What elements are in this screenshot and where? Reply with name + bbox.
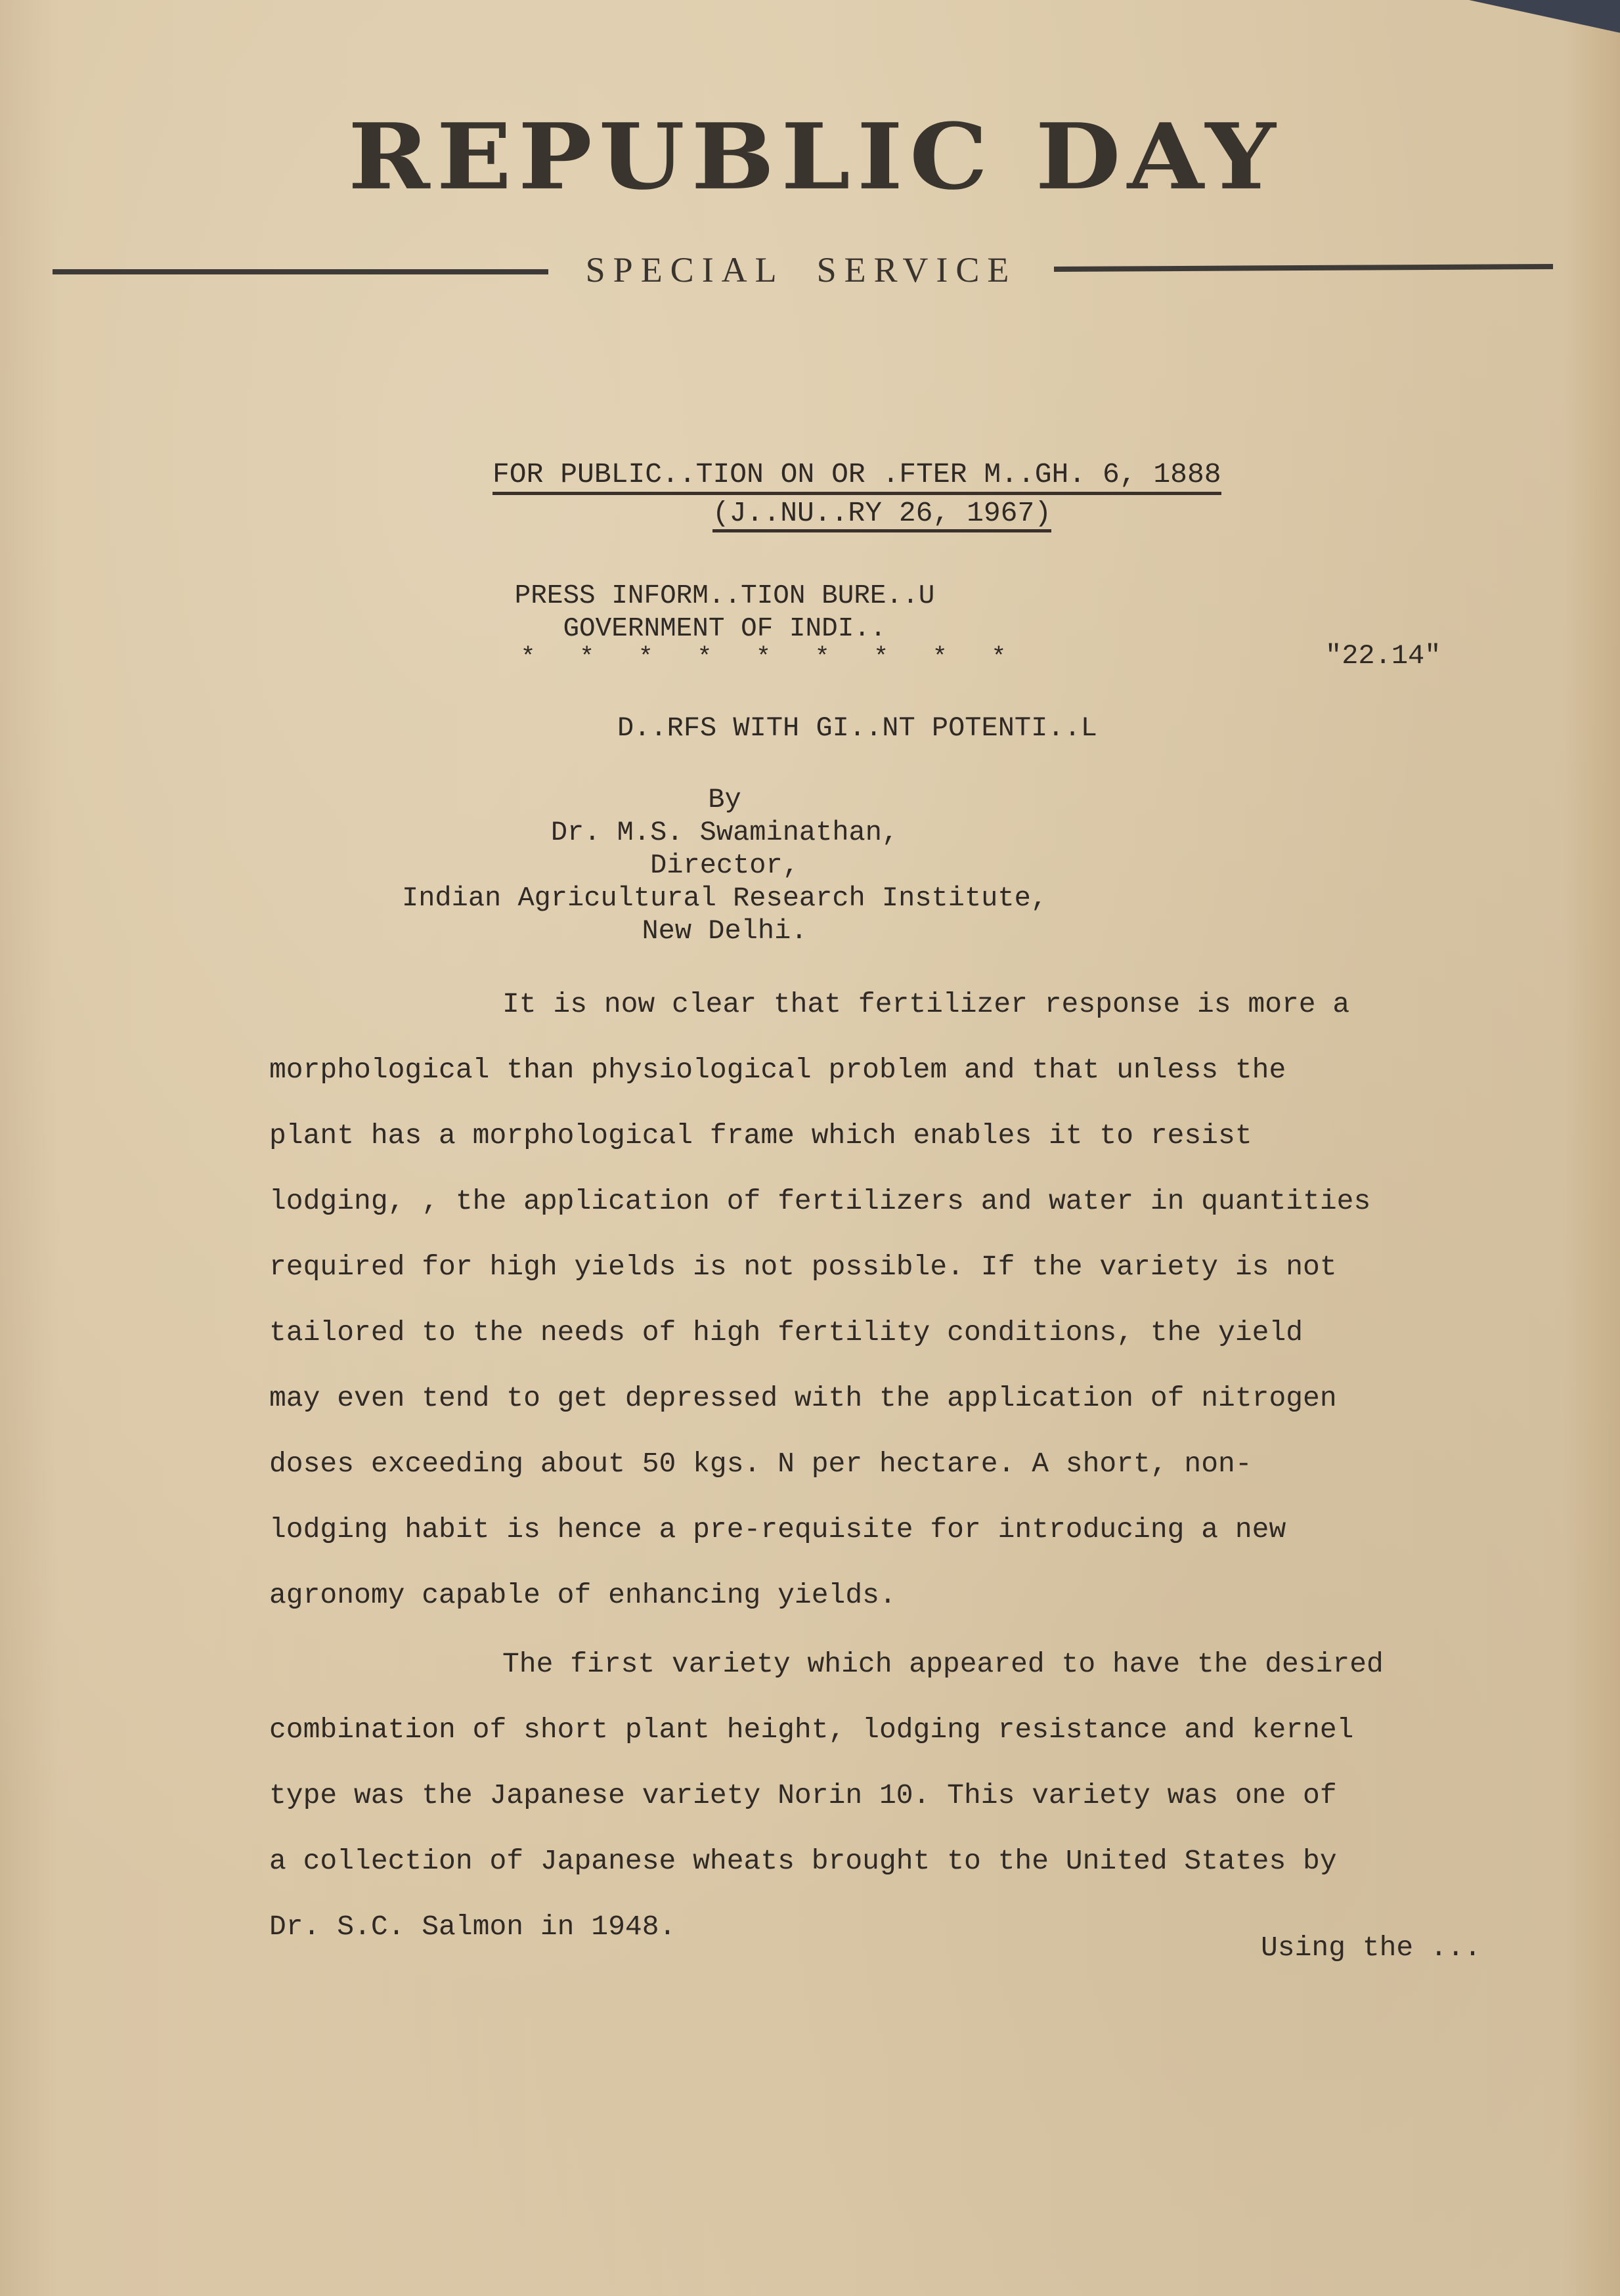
paragraph-line: doses exceeding about 50 kgs. N per hect… (269, 1448, 1252, 1480)
byline-city: New Delhi. (0, 915, 1535, 947)
issuer-government: GOVERNMENT OF INDI.. (0, 613, 1535, 645)
byline-author: Dr. M.S. Swaminathan, (0, 816, 1535, 849)
paragraph-line: a collection of Japanese wheats brought … (269, 1845, 1337, 1877)
continuation-note: Using the ... (1261, 1932, 1481, 1964)
paragraph-line: may even tend to get depressed with the … (269, 1382, 1337, 1414)
paragraph-line: tailored to the needs of high fertility … (269, 1316, 1303, 1349)
paragraph-line: The first variety which appeared to have… (502, 1648, 1384, 1680)
reference-number: "22.14" (1325, 640, 1441, 672)
issuer-block: PRESS INFORM..TION BURE..U GOVERNMENT OF… (0, 580, 1535, 645)
paragraph-line: It is now clear that fertilizer response… (502, 988, 1349, 1020)
byline: By Dr. M.S. Swaminathan, Director, India… (0, 783, 1535, 947)
paragraph-line: agronomy capable of enhancing yields. (269, 1579, 896, 1611)
paragraph-line: Dr. S.C. Salmon in 1948. (269, 1911, 676, 1943)
article-title: D..RFS WITH GI..NT POTENTI..L (617, 712, 1097, 744)
byline-institute: Indian Agricultural Research Institute, (0, 882, 1535, 915)
paragraph-line: morphological than physiological problem… (269, 1054, 1286, 1086)
paragraph-line: lodging, , the application of fertilizer… (269, 1185, 1370, 1217)
masthead-title: REPUBLIC DAY (348, 112, 1202, 202)
rule-left (53, 269, 548, 274)
paragraph-line: lodging habit is hence a pre-requisite f… (269, 1513, 1286, 1546)
paragraph-line: combination of short plant height, lodgi… (269, 1714, 1353, 1746)
paragraph-line: required for high yields is not possible… (269, 1251, 1337, 1283)
embargo-line-2: (J..NU..RY 26, 1967) (712, 497, 1051, 532)
rule-right (1054, 264, 1553, 272)
issuer-name: PRESS INFORM..TION BURE..U (0, 580, 1535, 613)
scan-background-corner (1469, 0, 1620, 33)
masthead-subtitle-row: SPECIAL SERVICE (53, 249, 1504, 289)
byline-position: Director, (0, 849, 1535, 882)
masthead-subtitle: SPECIAL SERVICE (548, 249, 1054, 290)
paragraph-line: type was the Japanese variety Norin 10. … (269, 1779, 1337, 1811)
paragraph-line: plant has a morphological frame which en… (269, 1119, 1252, 1152)
embargo-line-1: FOR PUBLIC..TION ON OR .FTER M..GH. 6, 1… (493, 458, 1221, 495)
byline-by: By (0, 783, 1535, 816)
